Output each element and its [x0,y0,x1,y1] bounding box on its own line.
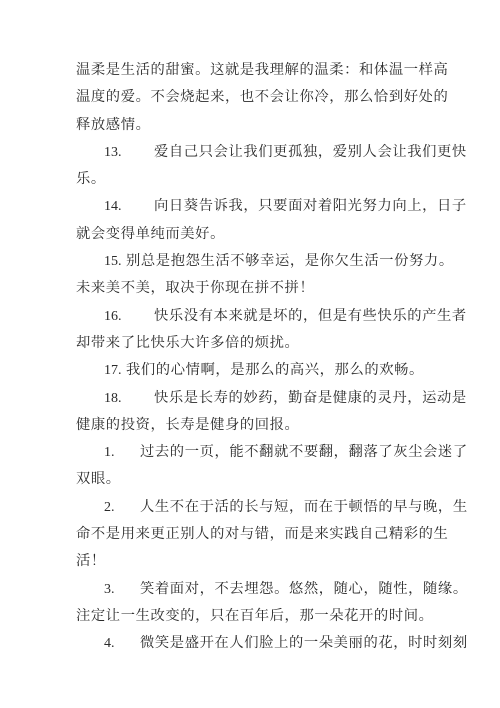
item-number: 2. [104,494,140,521]
item-number: 3. [104,576,140,603]
list-item-14: 14.向日葵告诉我，只要面对着阳光努力向上，日子 [76,193,416,220]
item-continuation: 健康的投资，长寿是健身的回报。 [76,412,416,439]
item-text: 过去的一页，能不翻就不要翻，翻落了灰尘会迷了 [140,444,468,460]
item-text: 笑着面对，不去埋怨。悠然，随心，随性，随缘。 [140,581,468,597]
item-continuation: 活！ [76,548,416,575]
item-number: 15. [104,248,126,275]
item-number: 16. [104,303,154,330]
list-item-3: 3.笑着面对，不去埋怨。悠然，随心，随性，随缘。 [76,576,416,603]
item-text: 人生不在于活的长与短，而在于顿悟的早与晚，生 [140,499,468,515]
item-continuation: 命不是用来更正别人的对与错，而是来实践自己精彩的生 [76,521,416,548]
list-item-2: 2.人生不在于活的长与短，而在于顿悟的早与晚，生 [76,494,416,521]
list-item-1: 1.过去的一页，能不翻就不要翻，翻落了灰尘会迷了 [76,439,416,466]
intro-line: 温柔是生活的甜蜜。这就是我理解的温柔：和体温一样高 [76,57,416,84]
item-continuation: 双眼。 [76,466,416,493]
list-item-16: 16.快乐没有本来就是坏的，但是有些快乐的产生者 [76,303,416,330]
item-continuation: 就会变得单纯而美好。 [76,221,416,248]
item-text: 别总是抱怨生活不够幸运，是你欠生活一份努力。 [126,253,454,269]
item-continuation: 却带来了比快乐大许多倍的烦扰。 [76,330,416,357]
item-number: 13. [104,139,154,166]
intro-line: 温度的爱。不会烧起来，也不会让你冷，那么恰到好处的 [76,84,416,111]
list-item-4: 4.微笑是盛开在人们脸上的一朵美丽的花，时时刻刻 [76,630,416,657]
item-text: 快乐是长寿的妙药，勤奋是健康的灵丹，运动是 [154,390,467,406]
item-number: 17. [104,357,126,384]
list-item-17: 17.我们的心情啊，是那么的高兴，那么的欢畅。 [76,357,416,384]
item-text: 向日葵告诉我，只要面对着阳光努力向上，日子 [154,198,467,214]
list-item-15: 15.别总是抱怨生活不够幸运，是你欠生活一份努力。 [76,248,416,275]
item-text: 我们的心情啊，是那么的高兴，那么的欢畅。 [126,362,424,378]
item-number: 18. [104,385,154,412]
item-number: 1. [104,439,140,466]
list-item-18: 18.快乐是长寿的妙药，勤奋是健康的灵丹，运动是 [76,385,416,412]
item-number: 4. [104,630,140,657]
item-text: 微笑是盛开在人们脸上的一朵美丽的花，时时刻刻 [140,635,468,651]
item-text: 爱自己只会让我们更孤独，爱别人会让我们更快 [154,144,467,160]
item-continuation: 乐。 [76,166,416,193]
item-text: 快乐没有本来就是坏的，但是有些快乐的产生者 [154,308,467,324]
item-number: 14. [104,193,154,220]
list-item-13: 13.爱自己只会让我们更孤独，爱别人会让我们更快 [76,139,416,166]
intro-line: 释放感情。 [76,112,416,139]
item-continuation: 未来美不美，取决于你现在拼不拼！ [76,275,416,302]
item-continuation: 注定让一生改变的，只在百年后，那一朵花开的时间。 [76,603,416,630]
document-page: 温柔是生活的甜蜜。这就是我理解的温柔：和体温一样高 温度的爱。不会烧起来，也不会… [76,57,416,658]
